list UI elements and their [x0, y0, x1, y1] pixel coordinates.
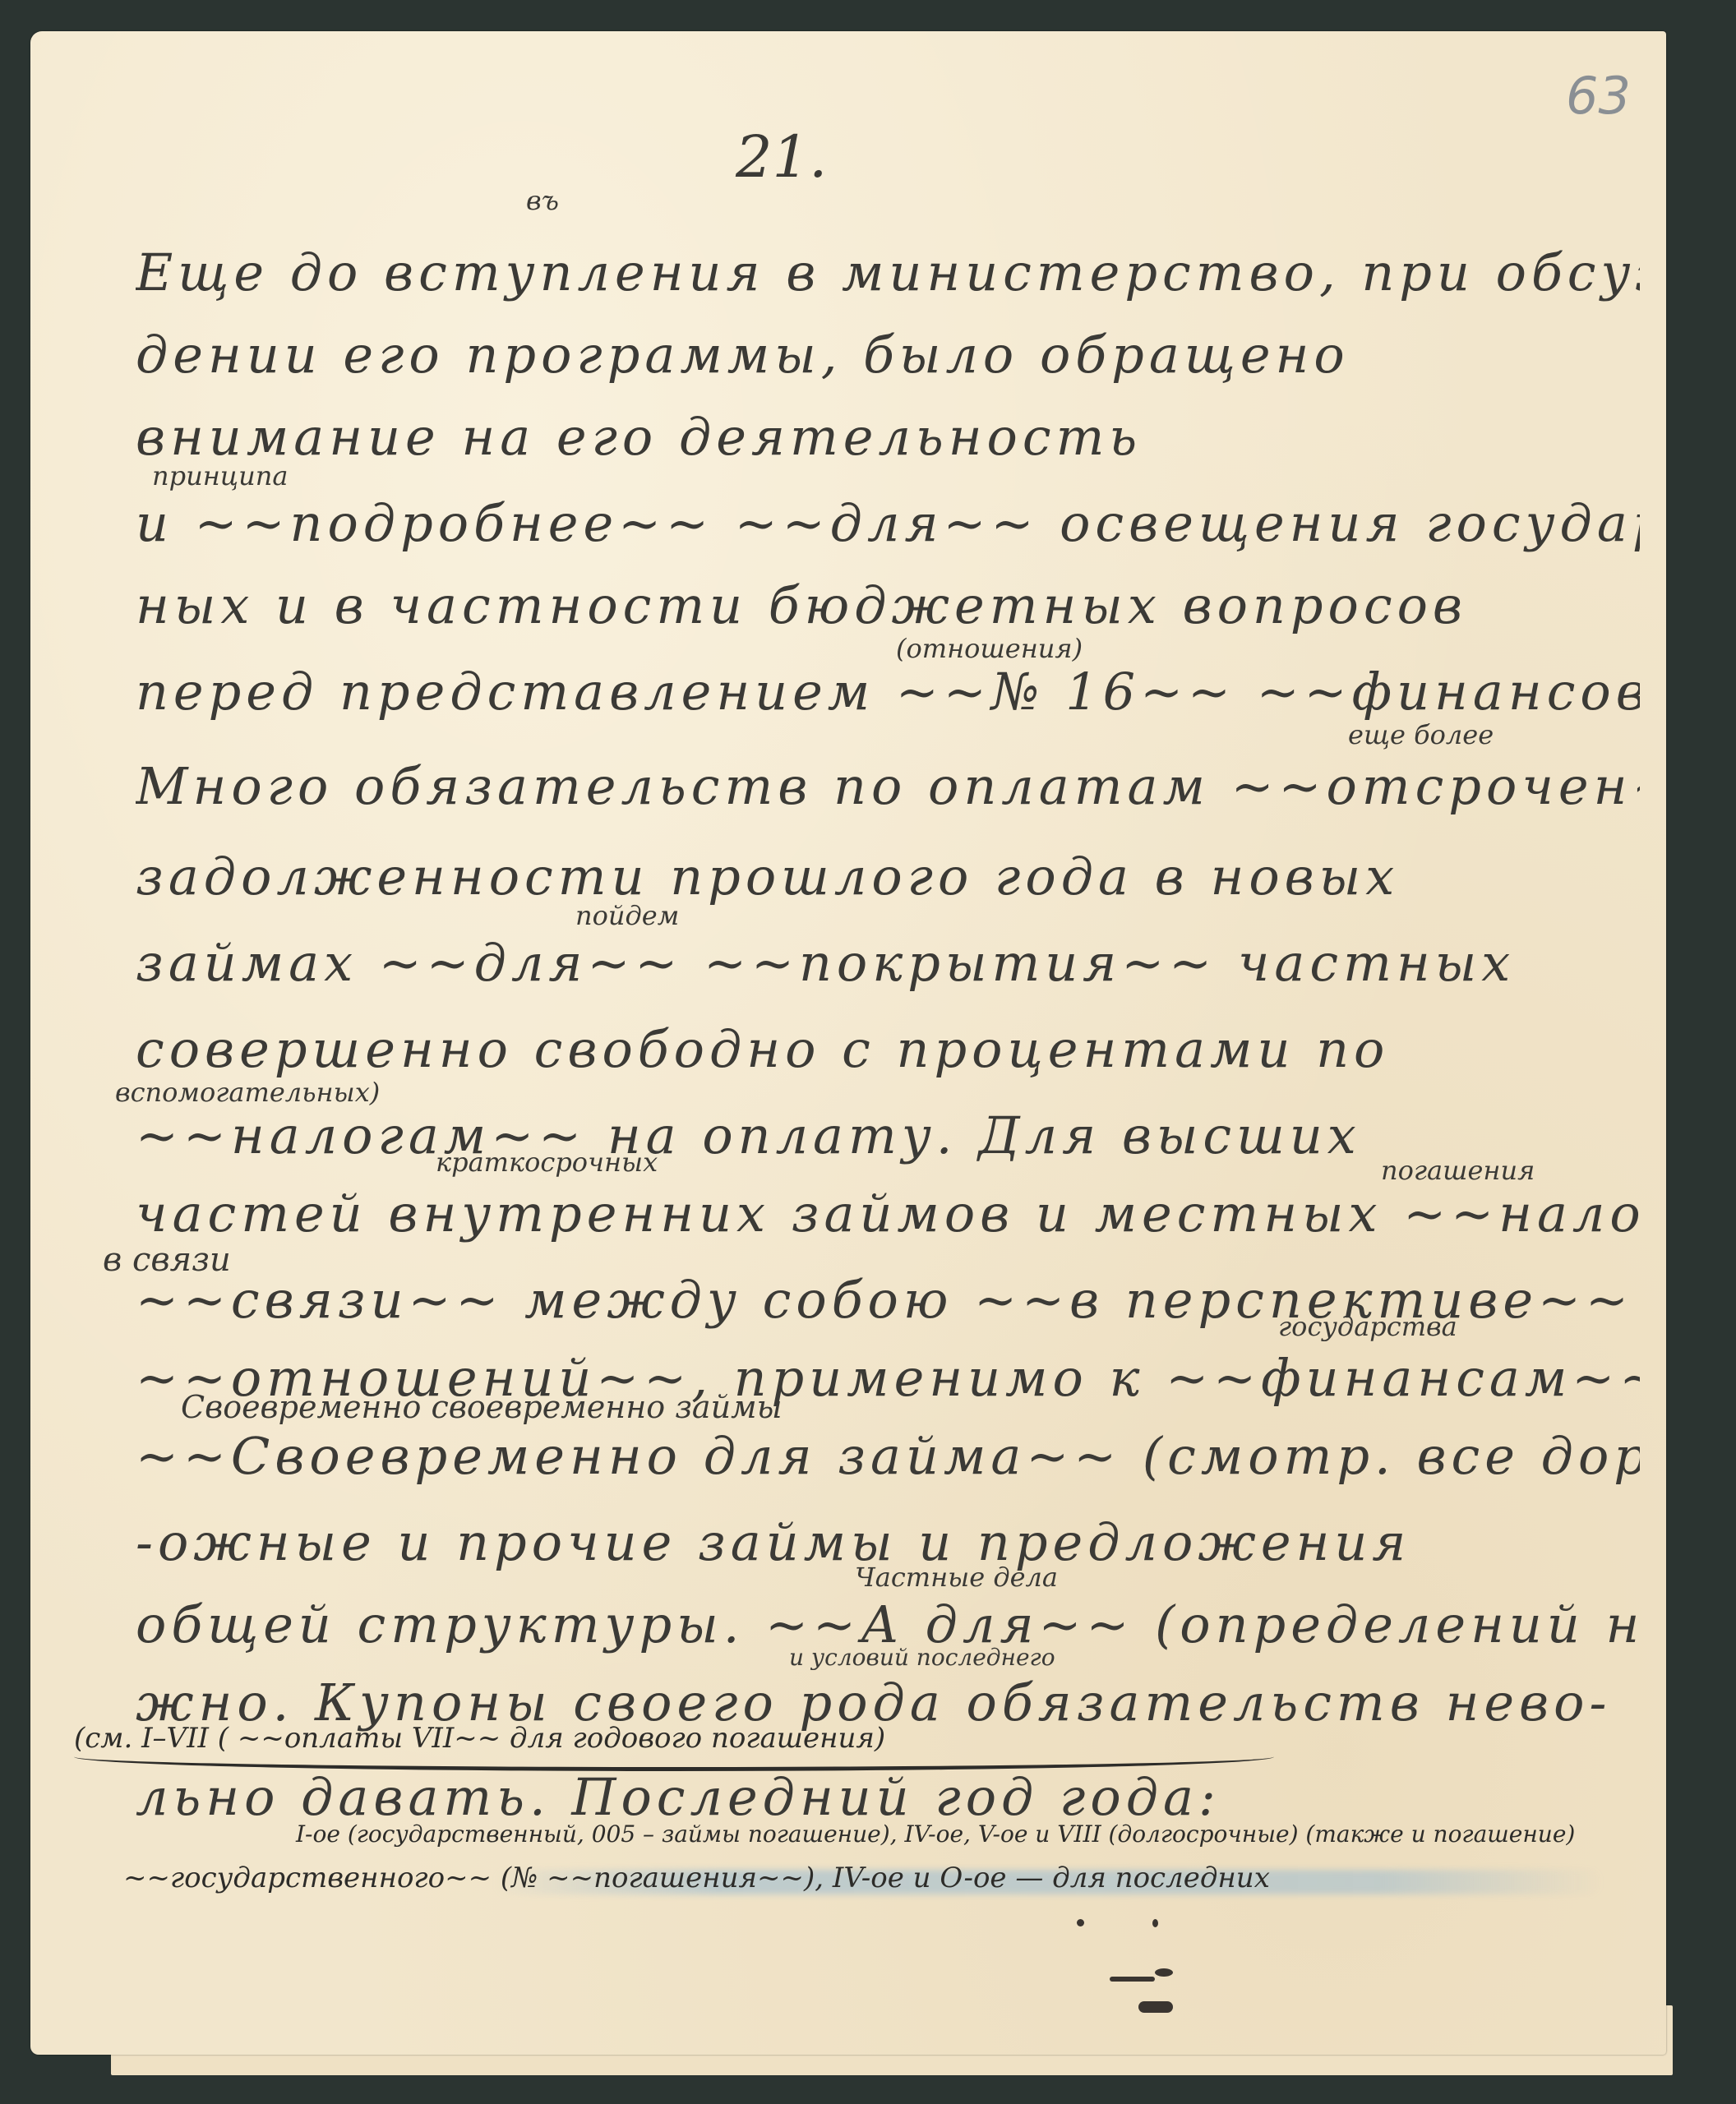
ink-blot: [1155, 1968, 1173, 1977]
ink-blot: [1110, 1977, 1155, 1982]
insertion-above-line-18: и условий последнего: [789, 1644, 1055, 1671]
manuscript-line-20: ~~государственного~~ (№ ~~погашения~~), …: [123, 1862, 1270, 1894]
manuscript-line-3: внимание на его деятельность: [136, 407, 1640, 467]
manuscript-line-4: и ~~подробнее~~ ~~для~~ освещения госуда…: [136, 493, 1640, 553]
manuscript-line-2: дении его программы, было обращено: [136, 325, 1640, 385]
insertion-above-line-15: Своевременно своевременно займы: [181, 1389, 783, 1425]
insertion-above-line-17: Частные дела: [855, 1562, 1058, 1593]
manuscript-line-10: совершенно свободно с процентами по: [136, 1019, 1640, 1079]
manuscript-line-1: Еще до вступления в министерство, при об…: [136, 242, 1640, 302]
insertion-above-line-14: государства: [1278, 1311, 1457, 1342]
folio-number: 63: [1566, 66, 1631, 126]
manuscript-line-12: частей внутренних займов и местных ~~нал…: [136, 1183, 1640, 1243]
margin-note-enumeration: I-ое (государственный, 005 – займы погаш…: [296, 1820, 1575, 1848]
manuscript-line-9: займах ~~для~~ ~~покрытия~~ частных: [136, 933, 1640, 993]
manuscript-line-6: перед представлением ~~№ 16~~ ~~финансов…: [136, 662, 1640, 722]
insertion-above-line-4: принципа: [152, 460, 288, 491]
insertion-above-line-9: пойдем: [575, 900, 679, 931]
insertion-above-line-6: (отношения): [896, 633, 1083, 664]
ink-blot: [1138, 2001, 1173, 2013]
manuscript-line-5: ных и в частности бюджетных вопросов: [136, 575, 1640, 635]
ink-blot: [1152, 1919, 1158, 1927]
manuscript-line-7: Много обязательств по оплатам ~~отсрочен…: [136, 756, 1640, 816]
insertion-above-line-11: вспомогательных): [115, 1077, 380, 1108]
manuscript-line-15: ~~Своевременно для займа~~ (смотр. все д…: [136, 1426, 1640, 1486]
insertion-above-line-12-right: погашения: [1381, 1155, 1535, 1186]
ink-blot: [1077, 1919, 1084, 1926]
page-number: 21.: [736, 123, 827, 191]
insertion-above-line-1: въ: [526, 185, 559, 216]
manuscript-line-19: льно давать. Последний год года:: [136, 1767, 1640, 1827]
manuscript-line-8: задолженности прошлого года в новых: [136, 847, 1640, 907]
insertion-above-line-7: еще более: [1348, 719, 1494, 750]
insertion-above-line-12-left: краткосрочных: [436, 1147, 658, 1178]
